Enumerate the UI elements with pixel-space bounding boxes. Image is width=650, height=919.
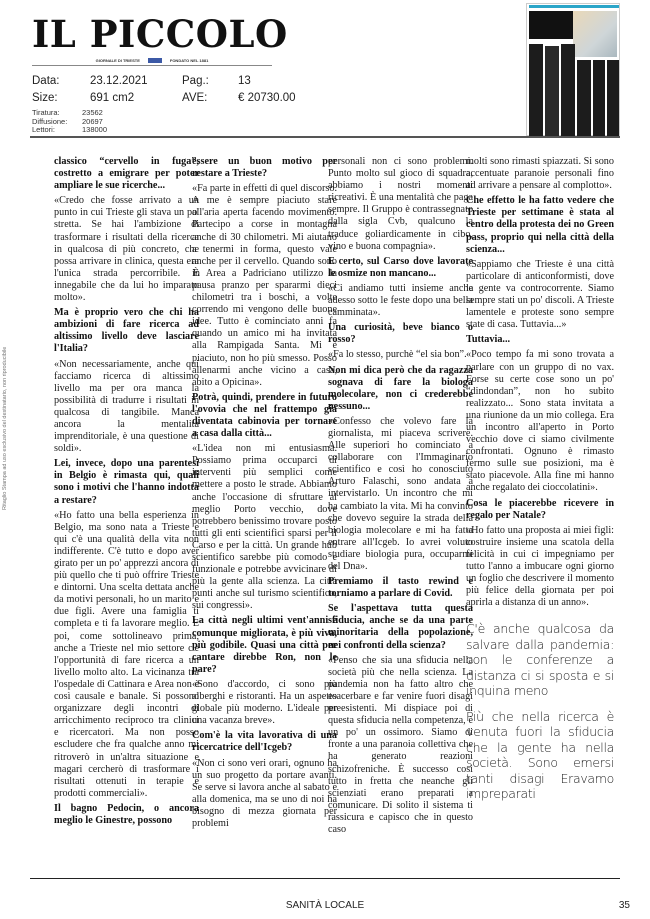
thumbnail-column — [593, 60, 605, 136]
thumbnail-column — [545, 46, 559, 136]
interview-answer: «Non necessariamente, anche qui facciamo… — [54, 359, 199, 456]
interview-answer: «Sappiamo che Trieste è una città partic… — [466, 259, 614, 332]
thumbnail-headline — [529, 11, 573, 39]
interview-question: La città negli ultimi vent'anni è comunq… — [192, 615, 337, 675]
interview-answer: molti sono rimasti spiazzati. Si sono ac… — [466, 156, 614, 192]
page-value: 13 — [238, 75, 251, 87]
interview-question: Premiamo il tasto rewind e torniamo a pa… — [328, 576, 473, 600]
flag-icon — [148, 58, 162, 63]
pull-quote-2: Più che nella ricerca è venuta fuori la … — [466, 709, 614, 802]
interview-question: Cosa le piacerebbe ricevere in regalo pe… — [466, 498, 614, 522]
interview-question: Ma è proprio vero che chi ha ambizioni d… — [54, 307, 199, 355]
interview-answer: «Confesso che volevo fare la giornalista… — [328, 416, 473, 573]
interview-answer: «L'idea non mi entusiasma. Possiamo prim… — [192, 443, 337, 612]
interview-question: Tuttavia... — [466, 334, 614, 346]
size-value: 691 cm2 — [90, 92, 134, 104]
interview-answer: «Ho fatto una proposta ai miei figli: co… — [466, 525, 614, 610]
interview-question: Potrà, quindi, prendere in futuro l'ovov… — [192, 392, 337, 440]
interview-answer: «Fa lo stesso, purchè “el sia bon”. — [328, 349, 473, 361]
interview-question: E certo, sul Carso dove lavorate le osmi… — [328, 256, 473, 280]
interview-answer: «Non ci sono veri orari, ognuno ha un su… — [192, 758, 337, 831]
interview-question: Il bagno Pedocin, o ancora meglio le Gin… — [54, 803, 199, 827]
interview-answer: «Poco tempo fa mi sono trovata a parlare… — [466, 349, 614, 494]
section-name: SANITÀ LOCALE — [0, 900, 650, 911]
date-value: 23.12.2021 — [90, 75, 148, 87]
page-thumbnail — [526, 3, 620, 136]
thumbnail-section-bar — [529, 5, 619, 8]
masthead-subtitle-left: GIORNALE DI TRIESTE — [96, 58, 140, 63]
page-label: Pag.: — [182, 75, 209, 87]
interview-answer: «Ho fatto una bella esperienza in Belgio… — [54, 510, 199, 800]
interview-answer: «Credo che fosse arrivato a un punto in … — [54, 195, 199, 304]
date-label: Data: — [32, 75, 60, 87]
interview-question: Che effetto le ha fatto vedere che Tries… — [466, 195, 614, 255]
lettori-label: Lettori: — [32, 126, 55, 135]
ave-value: € 20730.00 — [238, 92, 296, 104]
copyright-note: Ritaglio Stampa ad uso esclusivo del des… — [2, 347, 8, 510]
interview-question: Lei, invece, dopo una parentesi in Belgi… — [54, 458, 199, 506]
interview-answer: «Fa parte in effetti di quel discorso. A… — [192, 183, 337, 389]
masthead-subtitle-right: FONDATO NEL 1881 — [170, 58, 208, 63]
thumbnail-column — [577, 60, 591, 136]
pull-quote-1: C'è anche qualcosa da salvare dalla pand… — [466, 621, 614, 699]
article-column-2: essere un buon motivo per restare a Trie… — [192, 156, 337, 830]
interview-answer: personali non ci sono problemi. Punto mo… — [328, 156, 473, 253]
interview-question: Una curiosità, beve bianco o rosso? — [328, 322, 473, 346]
lettori-value: 138000 — [82, 126, 107, 135]
interview-answer: «Ci andiamo tutti insieme anche adesso s… — [328, 283, 473, 319]
thumbnail-column — [607, 60, 619, 136]
thumbnail-photo — [573, 11, 617, 57]
footer-divider — [30, 878, 620, 879]
interview-question: Se l'aspettava tutta questa sfiducia, an… — [328, 603, 473, 651]
size-label: Size: — [32, 92, 58, 104]
interview-question: classico “cervello in fuga”, costretto a… — [54, 156, 199, 192]
interview-question: Com'è la vita lavorativa di una ricercat… — [192, 730, 337, 754]
thumbnail-column — [561, 44, 575, 136]
masthead-divider — [32, 65, 272, 66]
header-divider — [30, 136, 620, 138]
interview-answer: «Sono d'accordo, ci sono più alberghi e … — [192, 679, 337, 727]
interview-question: essere un buon motivo per restare a Trie… — [192, 156, 337, 180]
article-column-4: molti sono rimasti spiazzati. Si sono ac… — [466, 156, 614, 802]
ave-label: AVE: — [182, 92, 207, 104]
interview-question: Non mi dica però che da ragazza sognava … — [328, 365, 473, 413]
masthead-subtitle: GIORNALE DI TRIESTE FONDATO NEL 1881 — [32, 58, 272, 63]
article-column-1: classico “cervello in fuga”, costretto a… — [54, 156, 199, 827]
masthead: IL PICCOLO GIORNALE DI TRIESTE FONDATO N… — [32, 14, 272, 66]
page-number: 35 — [619, 900, 630, 911]
column-4-body: molti sono rimasti spiazzati. Si sono ac… — [466, 156, 614, 609]
newspaper-title: IL PICCOLO — [32, 14, 272, 54]
interview-answer: «Penso che sia una sfiducia nella societ… — [328, 655, 473, 836]
thumbnail-column — [529, 44, 543, 136]
article-column-3: personali non ci sono problemi. Punto mo… — [328, 156, 473, 836]
